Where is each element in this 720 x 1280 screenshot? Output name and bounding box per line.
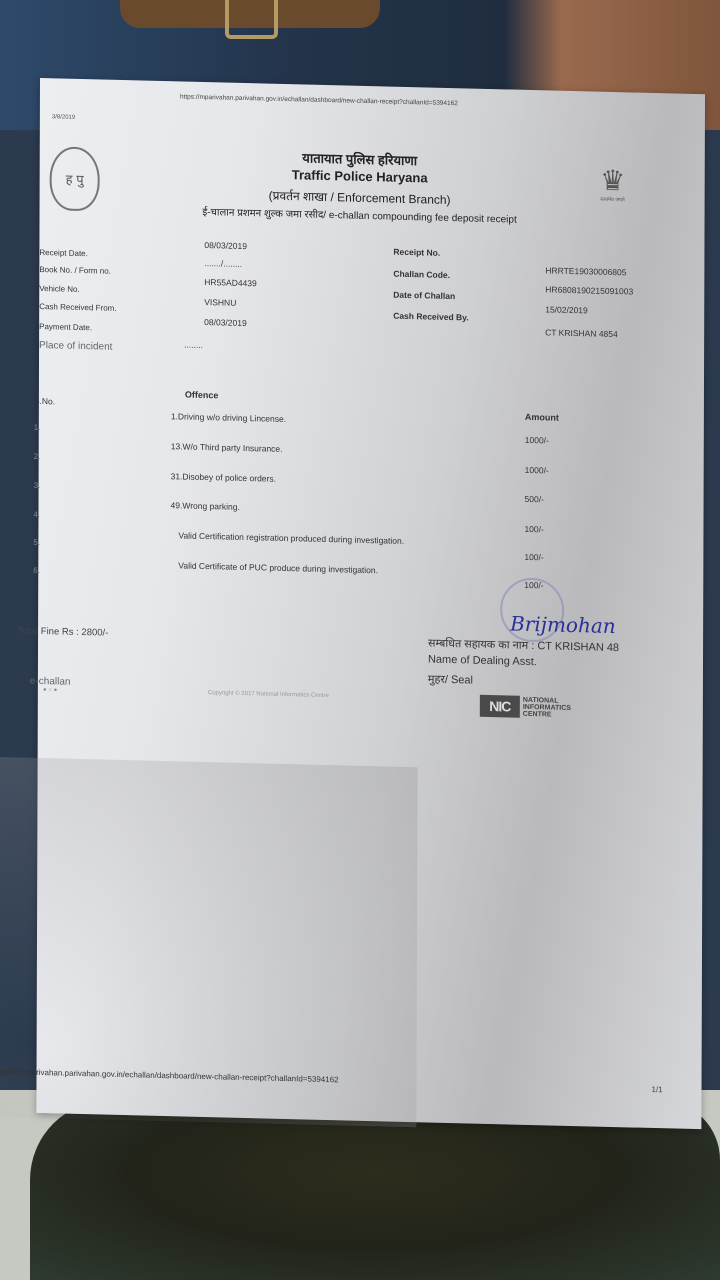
emblem-text: ह पु [66, 170, 84, 188]
label-cash-received-from: Cash Received From. [39, 302, 116, 313]
label-cash-received-by: Cash Received By. [393, 311, 468, 323]
value-date-of-challan: 15/02/2019 [545, 304, 588, 315]
value-receipt-no: HRRTE19030006805 [545, 265, 626, 277]
footer-url: https://mparivahan.parivahan.gov.in/echa… [0, 1067, 339, 1084]
label-book-no: Book No. / Form no. [39, 265, 111, 276]
label-receipt-date: Receipt Date. [39, 248, 87, 258]
nic-text-line: CENTRE [523, 710, 571, 718]
print-date: 3/8/2019 [52, 114, 75, 121]
haryana-police-emblem-icon: ह पु [50, 146, 100, 211]
label-place-of-incident: Place of incident [39, 340, 112, 353]
row-sno: 1. [34, 423, 41, 432]
nic-logo-icon: NIC [480, 695, 520, 718]
echallan-logo-text: e-challan [30, 676, 71, 688]
nic-logo-text: NATIONAL INFORMATICS CENTRE [523, 696, 571, 718]
label-payment-date: Payment Date. [39, 322, 92, 332]
row-sno: 3. [34, 481, 41, 490]
dealing-asst-label: Name of Dealing Asst. [428, 653, 537, 668]
header-url: https://mparivahan.parivahan.gov.in/echa… [180, 93, 458, 107]
value-cash-received-by: CT KRISHAN 4854 [545, 327, 618, 339]
nic-logo: NIC NATIONAL INFORMATICS CENTRE [480, 695, 571, 719]
value-cash-received-from: VISHNU [204, 297, 236, 308]
row-amount: 1000/- [525, 465, 549, 476]
row-sno: 6. [33, 566, 40, 575]
value-challan-code: HR6808190215091003 [545, 284, 633, 296]
row-amount: 100/- [524, 524, 543, 534]
value-vehicle-no: HR55AD4439 [204, 277, 256, 288]
row-offence: Valid Certificate of PUC produce during … [178, 560, 378, 575]
row-sno: 5. [33, 538, 40, 547]
row-offence: 31.Disobey of police orders. [171, 471, 276, 484]
copyright-text: Copyright © 2017 National Informatics Ce… [208, 690, 329, 699]
background-belt-buckle [225, 0, 278, 39]
value-place-of-incident: ........ [184, 340, 203, 350]
signature: Brijmohan [510, 611, 616, 638]
table-header-offence: Offence [185, 390, 219, 401]
row-amount: 500/- [525, 494, 544, 504]
seal-label: मुहर/ Seal [428, 671, 473, 687]
value-book-no: ......./........ [204, 258, 242, 269]
label-receipt-no: Receipt No. [393, 247, 440, 258]
table-header-sno: S.No. [34, 396, 55, 407]
total-fine: Total Fine Rs : 2800/- [18, 625, 108, 638]
value-payment-date: 08/03/2019 [204, 317, 247, 328]
row-sno: 4. [33, 510, 40, 519]
row-offence: Valid Certification registration produce… [178, 530, 404, 546]
table-header-amount: Amount [525, 412, 559, 423]
row-amount: 1000/- [525, 435, 549, 446]
echallan-logo-icon: e-challan ● ○ ● [30, 676, 71, 694]
row-amount: 100/- [524, 552, 543, 562]
row-offence: 1.Driving w/o driving Lincense. [171, 411, 286, 424]
label-vehicle-no: Vehicle No. [39, 284, 79, 294]
emblem-caption: सत्यमेव जयते [595, 197, 631, 204]
national-emblem-icon: ♛सत्यमेव जयते [595, 164, 631, 221]
page-number: 1/1 [652, 1085, 663, 1094]
row-offence: 13.W/o Third party Insurance. [171, 441, 283, 454]
value-receipt-date: 08/03/2019 [204, 240, 247, 251]
row-offence: 49.Wrong parking. [171, 500, 240, 512]
label-date-of-challan: Date of Challan [393, 290, 455, 302]
dealing-asst-hindi: सम्बधित सहायक का नाम : CT KRISHAN 48 [428, 635, 619, 655]
challan-receipt-paper: https://mparivahan.parivahan.gov.in/echa… [36, 78, 705, 1129]
row-sno: 2. [34, 452, 41, 461]
label-challan-code: Challan Code. [393, 269, 450, 280]
